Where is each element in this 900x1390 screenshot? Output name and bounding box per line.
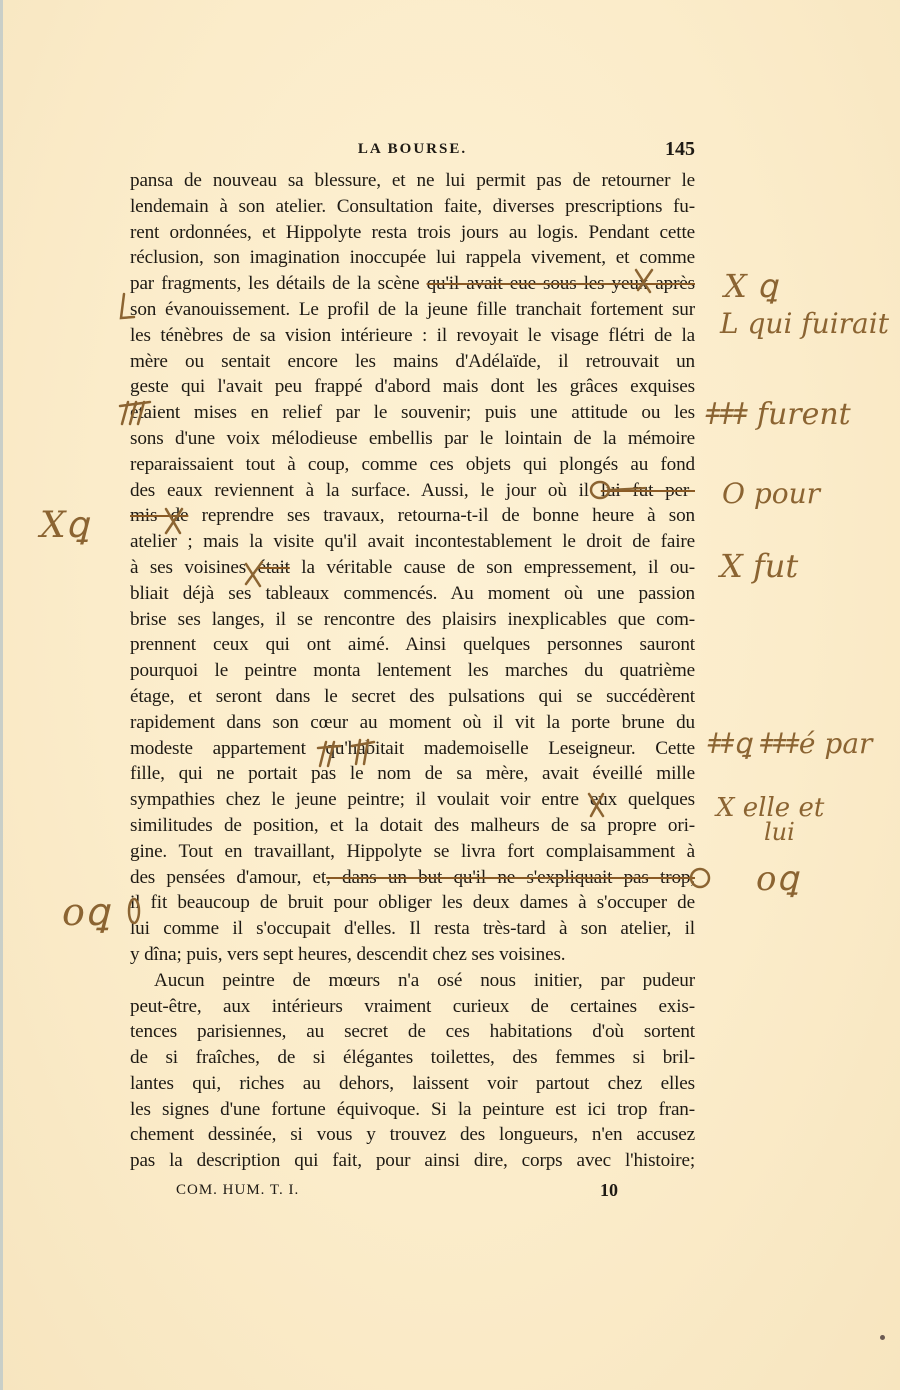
circle-mark: [588, 478, 648, 502]
text-segment: il fit beaucoup de bruit pour obliger le…: [130, 892, 695, 913]
text-line: à ses voisines était la véritable cause …: [130, 555, 695, 581]
circle-mark: [688, 866, 712, 892]
text-line: Aucun peintre de mœurs n'a osé nous init…: [130, 968, 695, 994]
hash-mark: [118, 398, 152, 426]
text-segment: mère ou sentait encore les mains d'Adéla…: [130, 351, 695, 372]
circle-mark: [126, 896, 142, 926]
text-line: similitudes de position, et la dotait de…: [130, 813, 695, 839]
margin-note: X fut: [720, 550, 798, 582]
text-segment: gine. Tout en travaillant, Hippolyte se …: [130, 841, 695, 862]
text-line: pansa de nouveau sa blessure, et ne lui …: [130, 168, 695, 194]
text-line: geste qui l'avait peu frappé d'abord mai…: [130, 374, 695, 400]
margin-note: oꝗ: [756, 862, 798, 896]
text-segment: bliait déjà ses tableaux commencés. Au m…: [130, 583, 695, 604]
text-line: il fit beaucoup de bruit pour obliger le…: [130, 890, 695, 916]
text-segment: les signes d'une fortune équivoque. Si l…: [130, 1099, 695, 1120]
text-line: par fragments, les détails de la scène q…: [130, 271, 695, 297]
text-line: les ténèbres de sa vision intérieure : i…: [130, 323, 695, 349]
text-line: prennent ceux qui ont aimé. Ainsi quelqu…: [130, 632, 695, 658]
text-line: mère ou sentait encore les mains d'Adéla…: [130, 349, 695, 375]
margin-note: ǂǂǂ furent: [706, 400, 851, 430]
text-line: modeste appartement qu'habitait mademois…: [130, 736, 695, 762]
cross-mark: [583, 790, 609, 820]
text-segment: atelier ; mais la visite qu'il avait inc…: [130, 531, 695, 552]
text-line: lantes qui, riches au dehors, laissent v…: [130, 1071, 695, 1097]
text-line: lui comme il s'occupait d'elles. Il rest…: [130, 916, 695, 942]
text-line: tences parisiennes, au secret de ces hab…: [130, 1019, 695, 1045]
text-segment: pas la description qui fait, pour ainsi …: [130, 1150, 695, 1171]
text-segment: sons d'une voix mélodieuse embellis par …: [130, 428, 695, 449]
text-segment: les ténèbres de sa vision intérieure : i…: [130, 325, 695, 346]
hash-mark: [350, 734, 376, 766]
text-segment: par fragments, les détails de la scène: [130, 273, 427, 294]
text-line: étage, et seront dans le secret des puls…: [130, 684, 695, 710]
page-footer: COM. HUM. T. I. 10: [130, 1182, 695, 1206]
text-segment: pourquoi le peintre monta lentement les …: [130, 660, 695, 681]
text-segment: réclusion, son imagination inoccupée lui…: [130, 247, 695, 268]
running-title: LA BOURSE.: [130, 141, 695, 158]
text-line: réclusion, son imagination inoccupée lui…: [130, 245, 695, 271]
body-text: pansa de nouveau sa blessure, et ne lui …: [130, 168, 695, 1174]
text-line: brise ses langes, il se rencontre des pl…: [130, 607, 695, 633]
text-line: étaient mises en relief par le souvenir;…: [130, 400, 695, 426]
running-head: LA BOURSE. 145: [130, 138, 695, 162]
text-segment: tences parisiennes, au secret de ces hab…: [130, 1021, 695, 1042]
text-line: rent ordonnées, et Hippolyte resta trois…: [130, 220, 695, 246]
text-segment: son évanouissement. Le profil de la jeun…: [130, 299, 695, 320]
cross-mark: [240, 558, 268, 588]
text-segment: à ses voisines: [130, 557, 258, 578]
text-segment: rent ordonnées, et Hippolyte resta trois…: [130, 222, 695, 243]
text-line: chement dessinée, si vous y trouvez des …: [130, 1122, 695, 1148]
text-line: y dîna; puis, vers sept heures, descendi…: [130, 942, 695, 968]
text-line: mis de reprendre ses travaux, retourna-t…: [130, 503, 695, 529]
text-line: les signes d'une fortune équivoque. Si l…: [130, 1097, 695, 1123]
margin-note: X ꝗ: [724, 270, 777, 302]
text-segment: lendemain à son atelier. Consultation fa…: [130, 196, 695, 217]
hash-mark: [316, 738, 342, 768]
text-line: des pensées d'amour, et, dans un but qu'…: [130, 865, 695, 891]
margin-note: oꝗ: [62, 893, 109, 931]
page-edge: [0, 0, 3, 1390]
text-line: sympathies chez le jeune peintre; il vou…: [130, 787, 695, 813]
text-line: pas la description qui fait, pour ainsi …: [130, 1148, 695, 1174]
paper-speck: [880, 1335, 885, 1340]
text-segment: peut-être, aux intérieurs vraiment curie…: [130, 996, 695, 1017]
text-segment: modeste appartement qu'habitait mademois…: [130, 738, 695, 759]
signature-number: 10: [600, 1180, 618, 1201]
text-segment: prennent ceux qui ont aimé. Ainsi quelqu…: [130, 634, 695, 655]
text-segment: étaient mises en relief par le souvenir;…: [130, 402, 695, 423]
text-segment: Aucun peintre de mœurs n'a osé nous init…: [154, 970, 695, 991]
text-segment: sympathies chez le jeune peintre; il vou…: [130, 789, 695, 810]
margin-note: ǂǂꝗ ǂǂǂé par: [708, 730, 872, 758]
margin-note: L qui fuirait: [720, 310, 889, 338]
text-segment: chement dessinée, si vous y trouvez des …: [130, 1124, 695, 1145]
page-number: 145: [665, 138, 695, 161]
text-segment: de si fraîches, de si élégantes toilette…: [130, 1047, 695, 1068]
text-line: de si fraîches, de si élégantes toilette…: [130, 1045, 695, 1071]
text-segment: pansa de nouveau sa blessure, et ne lui …: [130, 170, 695, 191]
cross-mark: [632, 266, 656, 296]
margin-note: Xꝗ: [40, 508, 88, 544]
cross-mark: [160, 505, 186, 537]
signature-mark: COM. HUM. T. I.: [176, 1182, 299, 1199]
text-line: peut-être, aux intérieurs vraiment curie…: [130, 994, 695, 1020]
text-segment: geste qui l'avait peu frappé d'abord mai…: [130, 376, 695, 397]
text-line: gine. Tout en travaillant, Hippolyte se …: [130, 839, 695, 865]
text-line: sons d'une voix mélodieuse embellis par …: [130, 426, 695, 452]
text-segment: y dîna; puis, vers sept heures, descendi…: [130, 944, 565, 965]
text-segment: rapidement dans son cœur au moment où il…: [130, 712, 695, 733]
text-segment: la véritable cause de son empressement, …: [290, 557, 695, 578]
text-line: lendemain à son atelier. Consultation fa…: [130, 194, 695, 220]
text-segment: lantes qui, riches au dehors, laissent v…: [130, 1073, 695, 1094]
text-line: fille, qui ne portait pas le nom de sa m…: [130, 761, 695, 787]
text-segment: lui comme il s'occupait d'elles. Il rest…: [130, 918, 695, 939]
text-line: reparaissaient tout à coup, comme ces ob…: [130, 452, 695, 478]
text-line: son évanouissement. Le profil de la jeun…: [130, 297, 695, 323]
text-segment: des eaux reviennent à la surface. Aussi,…: [130, 480, 601, 501]
text-line: pourquoi le peintre monta lentement les …: [130, 658, 695, 684]
text-line: bliait déjà ses tableaux commencés. Au m…: [130, 581, 695, 607]
text-line: atelier ; mais la visite qu'il avait inc…: [130, 529, 695, 555]
text-line: rapidement dans son cœur au moment où il…: [130, 710, 695, 736]
text-segment: brise ses langes, il se rencontre des pl…: [130, 609, 695, 630]
text-segment: des pensées d'amour, et: [130, 867, 326, 888]
text-segment: reparaissaient tout à coup, comme ces ob…: [130, 454, 695, 475]
insertion-caret-mark: [118, 292, 136, 322]
text-segment: fille, qui ne portait pas le nom de sa m…: [130, 763, 695, 784]
book-page: LA BOURSE. 145 pansa de nouveau sa bless…: [0, 0, 900, 1390]
margin-note: lui: [764, 820, 795, 844]
text-segment: reprendre ses travaux, retourna-t-il de …: [188, 505, 695, 526]
struck-text: , dans un but qu'il ne s'expliquait pas …: [326, 867, 695, 888]
text-segment: étage, et seront dans le secret des puls…: [130, 686, 695, 707]
text-segment: similitudes de position, et la dotait de…: [130, 815, 695, 836]
margin-note: O pour: [722, 480, 820, 508]
